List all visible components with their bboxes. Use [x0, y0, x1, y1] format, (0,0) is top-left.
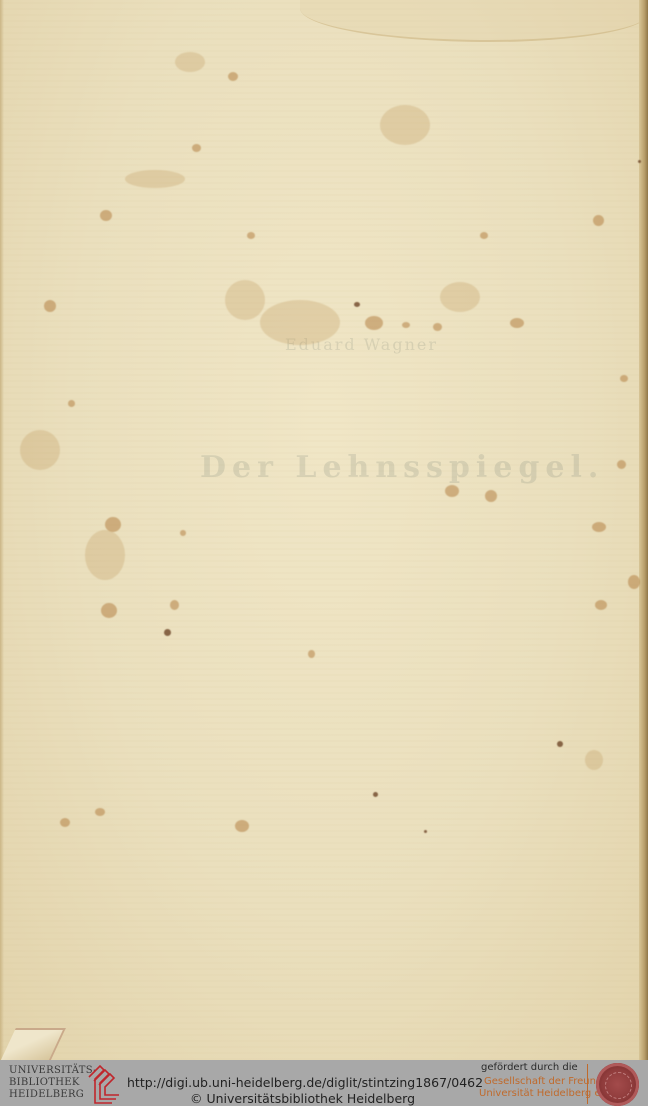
- show-through-text-title: Der Lehnsspiegel.: [200, 450, 604, 485]
- water-stain: [300, 0, 648, 42]
- folded-corner: [0, 1028, 66, 1060]
- page-edge-left: [0, 0, 4, 1060]
- page-edge-right: [639, 0, 648, 1060]
- copyright-text: © Universitätsbibliothek Heidelberg: [190, 1091, 415, 1106]
- footer-bar: UNIVERSITÄTS- BIBLIOTHEK HEIDELBERG http…: [0, 1060, 648, 1106]
- library-logo-text: UNIVERSITÄTS- BIBLIOTHEK HEIDELBERG: [9, 1065, 87, 1101]
- sponsor-label: gefördert durch die: [481, 1062, 578, 1073]
- library-logo-line3: HEIDELBERG: [9, 1089, 87, 1101]
- permalink-url[interactable]: http://digi.ub.uni-heidelberg.de/diglit/…: [127, 1075, 483, 1090]
- university-seal-icon: [596, 1063, 639, 1106]
- library-logo-line2: BIBLIOTHEK: [9, 1077, 87, 1089]
- footer-divider: [587, 1064, 588, 1104]
- scanned-page: Eduard Wagner Der Lehnsspiegel.: [0, 0, 648, 1060]
- sponsor-name-line1: Gesellschaft der Freunde: [484, 1076, 608, 1087]
- library-logo-icon: [86, 1063, 120, 1105]
- sponsor-name-line2: Universität Heidelberg e.V.: [479, 1088, 613, 1099]
- library-logo-line1: UNIVERSITÄTS-: [9, 1065, 87, 1077]
